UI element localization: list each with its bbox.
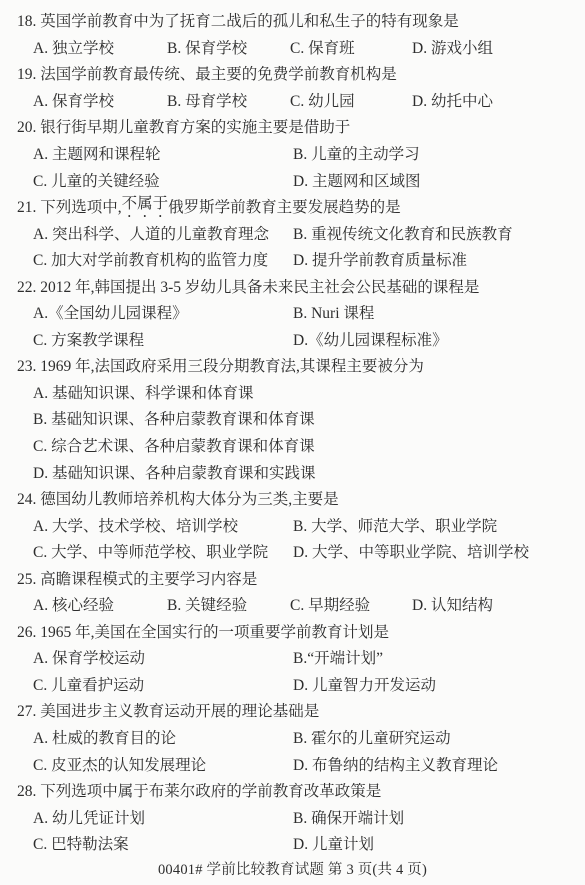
option-d: D. 认知结构 (412, 593, 493, 615)
option-c: C. 保育班 (290, 36, 412, 58)
question-stem-text: 24. 德国幼儿教师培养机构大体分为三类,主要是 (17, 487, 339, 509)
option-c: C. 皮亚杰的认知发展理论 (33, 753, 293, 775)
question-stem: 23. 1969 年,法国政府采用三段分期教育法,其课程主要被分为 (0, 352, 585, 379)
option-b: B. 确保开端计划 (293, 806, 404, 828)
options-row: D. 基础知识课、各种启蒙教育课和实践课 (0, 458, 585, 485)
question-stem: 25. 高瞻课程模式的主要学习内容是 (0, 564, 585, 591)
option-d: D.《幼儿园课程标准》 (293, 328, 448, 350)
option-b: B. 基础知识课、各种启蒙教育课和体育课 (33, 407, 315, 429)
option-a: A. 基础知识课、科学课和体育课 (33, 381, 253, 403)
options-row: A. 杜威的教育目的论 B. 霍尔的儿童研究运动 (0, 724, 585, 751)
question-27: 27. 美国进步主义教育运动开展的理论基础是 A. 杜威的教育目的论 B. 霍尔… (0, 697, 585, 777)
option-d: D. 游戏小组 (412, 36, 493, 58)
option-a: A.《全国幼儿园课程》 (33, 301, 293, 323)
options-row: A. 大学、技术学校、培训学校 B. 大学、师范大学、职业学院 (0, 511, 585, 538)
option-a: A. 杜威的教育目的论 (33, 726, 293, 748)
question-24: 24. 德国幼儿教师培养机构大体分为三类,主要是 A. 大学、技术学校、培训学校… (0, 485, 585, 565)
options-row: C. 儿童的关键经验 D. 主题网和区域图 (0, 166, 585, 193)
question-stem: 22. 2012 年,韩国提出 3-5 岁幼儿具备未来民主社会公民基础的课程是 (0, 272, 585, 299)
question-stem-text: 27. 美国进步主义教育运动开展的理论基础是 (17, 699, 319, 721)
options-row: A. 保育学校运动 B.“开端计划” (0, 644, 585, 671)
question-25: 25. 高瞻课程模式的主要学习内容是 A. 核心经验 B. 关键经验 C. 早期… (0, 564, 585, 617)
options-row: C. 巴特勒法案 D. 儿童计划 (0, 830, 585, 857)
question-stem: 21. 下列选项中,不属于俄罗斯学前教育主要发展趋势的是 (0, 193, 585, 220)
question-28: 28. 下列选项中属于布莱尔政府的学前教育改革政策是 A. 幼儿凭证计划 B. … (0, 777, 585, 857)
question-26: 26. 1965 年,美国在全国实行的一项重要学前教育计划是 A. 保育学校运动… (0, 618, 585, 698)
question-stem-text: 俄罗斯学前教育主要发展趋势的是 (168, 195, 401, 217)
question-stem-emphasized-text: 不属于 (122, 191, 169, 221)
options-row: C. 加大对学前教育机构的监管力度 D. 提升学前教育质量标准 (0, 246, 585, 273)
option-b: B. 大学、师范大学、职业学院 (293, 514, 497, 536)
option-c: C. 儿童的关键经验 (33, 169, 293, 191)
question-stem: 20. 银行街早期儿童教育方案的实施主要是借助于 (0, 113, 585, 140)
options-row: A. 主题网和课程轮 B. 儿童的主动学习 (0, 140, 585, 167)
page-footer: 00401# 学前比较教育试题 第 3 页(共 4 页) (0, 858, 585, 879)
option-a: A. 保育学校运动 (33, 646, 293, 668)
option-d: D. 主题网和区域图 (293, 169, 420, 191)
option-a: A. 幼儿凭证计划 (33, 806, 293, 828)
option-c: C. 儿童看护运动 (33, 673, 293, 695)
option-b: B. 保育学校 (167, 36, 290, 58)
question-18: 18. 英国学前教育中为了抚育二战后的孤儿和私生子的特有现象是 A. 独立学校 … (0, 7, 585, 60)
option-d: D. 布鲁纳的结构主义教育理论 (293, 753, 498, 775)
option-a: A. 大学、技术学校、培训学校 (33, 514, 293, 536)
option-d: D. 基础知识课、各种启蒙教育课和实践课 (33, 461, 315, 483)
option-d: D. 儿童智力开发运动 (293, 673, 436, 695)
options-row: C. 综合艺术课、各种启蒙教育课和体育课 (0, 432, 585, 459)
option-b: B. 霍尔的儿童研究运动 (293, 726, 451, 748)
question-stem-text: 19. 法国学前教育最传统、最主要的免费学前教育机构是 (17, 62, 397, 84)
option-d: D. 儿童计划 (293, 832, 374, 854)
option-c: C. 方案教学课程 (33, 328, 293, 350)
question-stem-text: 25. 高瞻课程模式的主要学习内容是 (17, 567, 257, 589)
option-b: B. 关键经验 (167, 593, 290, 615)
options-row: A. 突出科学、人道的儿童教育理念 B. 重视传统文化教育和民族教育 (0, 219, 585, 246)
question-stem-text: 28. 下列选项中属于布莱尔政府的学前教育改革政策是 (17, 779, 381, 801)
option-a: A. 主题网和课程轮 (33, 142, 293, 164)
option-b: B. Nuri 课程 (293, 301, 374, 323)
question-stem: 26. 1965 年,美国在全国实行的一项重要学前教育计划是 (0, 618, 585, 645)
option-b: B.“开端计划” (293, 646, 383, 668)
question-23: 23. 1969 年,法国政府采用三段分期教育法,其课程主要被分为 A. 基础知… (0, 352, 585, 485)
options-row: C. 大学、中等师范学校、职业学院 D. 大学、中等职业学院、培训学校 (0, 538, 585, 565)
option-c: C. 加大对学前教育机构的监管力度 (33, 248, 293, 270)
exam-page: 18. 英国学前教育中为了抚育二战后的孤儿和私生子的特有现象是 A. 独立学校 … (0, 0, 585, 879)
question-stem: 19. 法国学前教育最传统、最主要的免费学前教育机构是 (0, 60, 585, 87)
options-row: A. 保育学校 B. 母育学校 C. 幼儿园 D. 幼托中心 (0, 87, 585, 114)
options-row: A. 基础知识课、科学课和体育课 (0, 379, 585, 406)
question-stem-text: 20. 银行街早期儿童教育方案的实施主要是借助于 (17, 115, 350, 137)
options-row: A. 独立学校 B. 保育学校 C. 保育班 D. 游戏小组 (0, 34, 585, 61)
option-a: A. 独立学校 (33, 36, 167, 58)
question-22: 22. 2012 年,韩国提出 3-5 岁幼儿具备未来民主社会公民基础的课程是 … (0, 272, 585, 352)
option-d: D. 幼托中心 (412, 89, 493, 111)
question-stem: 18. 英国学前教育中为了抚育二战后的孤儿和私生子的特有现象是 (0, 7, 585, 34)
options-row: C. 皮亚杰的认知发展理论 D. 布鲁纳的结构主义教育理论 (0, 750, 585, 777)
question-20: 20. 银行街早期儿童教育方案的实施主要是借助于 A. 主题网和课程轮 B. 儿… (0, 113, 585, 193)
question-stem: 27. 美国进步主义教育运动开展的理论基础是 (0, 697, 585, 724)
option-c: C. 早期经验 (290, 593, 412, 615)
options-row: C. 儿童看护运动 D. 儿童智力开发运动 (0, 671, 585, 698)
options-row: C. 方案教学课程 D.《幼儿园课程标准》 (0, 326, 585, 353)
question-stem: 24. 德国幼儿教师培养机构大体分为三类,主要是 (0, 485, 585, 512)
option-c: C. 综合艺术课、各种启蒙教育课和体育课 (33, 434, 315, 456)
question-19: 19. 法国学前教育最传统、最主要的免费学前教育机构是 A. 保育学校 B. 母… (0, 60, 585, 113)
question-stem-text: 21. 下列选项中, (17, 195, 122, 217)
options-row: A.《全国幼儿园课程》 B. Nuri 课程 (0, 299, 585, 326)
option-d: D. 提升学前教育质量标准 (293, 248, 467, 270)
question-stem: 28. 下列选项中属于布莱尔政府的学前教育改革政策是 (0, 777, 585, 804)
option-c: C. 巴特勒法案 (33, 832, 293, 854)
option-d: D. 大学、中等职业学院、培训学校 (293, 540, 529, 562)
option-a: A. 突出科学、人道的儿童教育理念 (33, 222, 293, 244)
question-21: 21. 下列选项中,不属于俄罗斯学前教育主要发展趋势的是 A. 突出科学、人道的… (0, 193, 585, 273)
option-b: B. 母育学校 (167, 89, 290, 111)
options-row: B. 基础知识课、各种启蒙教育课和体育课 (0, 405, 585, 432)
option-c: C. 幼儿园 (290, 89, 412, 111)
options-row: A. 幼儿凭证计划 B. 确保开端计划 (0, 803, 585, 830)
option-b: B. 重视传统文化教育和民族教育 (293, 222, 513, 244)
question-stem-text: 18. 英国学前教育中为了抚育二战后的孤儿和私生子的特有现象是 (17, 9, 459, 31)
question-stem-text: 26. 1965 年,美国在全国实行的一项重要学前教育计划是 (17, 620, 389, 642)
option-a: A. 保育学校 (33, 89, 167, 111)
question-stem-text: 23. 1969 年,法国政府采用三段分期教育法,其课程主要被分为 (17, 354, 424, 376)
option-c: C. 大学、中等师范学校、职业学院 (33, 540, 293, 562)
options-row: A. 核心经验 B. 关键经验 C. 早期经验 D. 认知结构 (0, 591, 585, 618)
question-stem-text: 22. 2012 年,韩国提出 3-5 岁幼儿具备未来民主社会公民基础的课程是 (17, 275, 479, 297)
option-b: B. 儿童的主动学习 (293, 142, 420, 164)
option-a: A. 核心经验 (33, 593, 167, 615)
